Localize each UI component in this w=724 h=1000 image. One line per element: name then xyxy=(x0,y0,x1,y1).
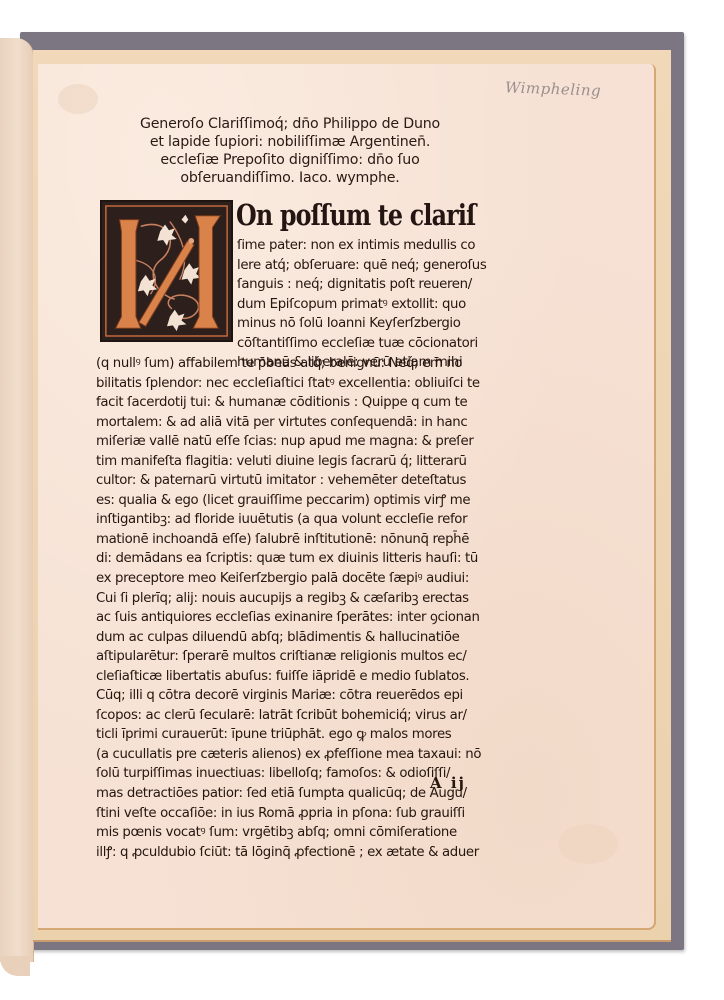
text-line: ſcopos: ac clerū ſecularē: latrāt ſcribū… xyxy=(96,706,486,726)
pencil-annotation: Wimpheling xyxy=(505,78,602,99)
text-line: cōſtantiſſimo eccleſiæ tuæ cōcionatori xyxy=(237,334,485,354)
text-line: cultor: & paternarū virtutū imitator : v… xyxy=(96,471,486,491)
text-line: cleſiaſticæ libertatis abuſus: fuiſſe iā… xyxy=(96,667,486,687)
text-line: (q nullꝰ ſum) affabilem te p̄beas atq́; … xyxy=(96,354,486,374)
text-line: (a cucullatis pre cæteris alienos) ex ꝓf… xyxy=(96,745,486,765)
dedication-heading: Generoſo Clariſſimoq́; dn̄o Philippo de … xyxy=(100,115,480,187)
text-line: mis pœnis vocatꝰ ſum: vrgētibꝫ abſq; omn… xyxy=(96,823,486,843)
dedication-line: eccleſiæ Prepoſito digniſſimo: dn̄o ſuo xyxy=(100,151,480,169)
text-line: lere atq́; obſeruare: quē neq́; generoſu… xyxy=(237,256,485,276)
text-line: aſtipularētur: ſperarē multos criſtianæ … xyxy=(96,647,486,667)
text-line: bilitatis ſplendor: nec eccleſiaſtici ſt… xyxy=(96,374,486,394)
text-line: Cūq; illi q cōtra decorē virginis Mariæ:… xyxy=(96,686,486,706)
text-line: ſime pater: non ex intimis medullis co xyxy=(237,236,485,256)
text-line: minus nō ſolū Ioanni Keyſerſzbergio xyxy=(237,314,485,334)
text-line: Cui ſi plerīq; alij: nouis aucupijs a re… xyxy=(96,589,486,609)
text-line: mortalem: & ad aliā vitā per virtutes co… xyxy=(96,413,486,433)
text-column-beside-initial: ſime pater: non ex intimis medullis co l… xyxy=(237,236,485,373)
text-line: inſtigantibꝫ: ad floride iuuētutis (a qu… xyxy=(96,510,486,530)
signature-mark: A ij xyxy=(430,774,466,792)
text-line: ac ſuis antiquiores eccleſias exinanire … xyxy=(96,608,486,628)
dedication-line: obſeruandiſſimo. Iaco. wymphe. xyxy=(100,169,480,187)
text-line: ſanguis : neq́; dignitatis poſt reueren/ xyxy=(237,275,485,295)
text-line: di: demādans ea ſcriptis: quæ tum ex diu… xyxy=(96,549,486,569)
text-line: ex preceptore meo Keiſerſzbergio palā do… xyxy=(96,569,486,589)
text-line: mationē inchoandā eſſe) ſalubrē inſtitut… xyxy=(96,530,486,550)
text-line: ſtini veſte occaſiōe: in ius Romā ꝓpria … xyxy=(96,804,486,824)
text-line: facit ſacerdotij tui: & humanæ cōditioni… xyxy=(96,393,486,413)
text-line: miſeriæ vallē natū eſſe ſcias: nup apud … xyxy=(96,432,486,452)
text-line: illꝭ: q ꝓculdubio ſciūt: tā lōginq̄ ꝓfec… xyxy=(96,843,486,863)
text-line: dum Epiſcopum primatꝰ extollit: quo xyxy=(237,295,485,315)
dedication-line: et lapide ſupiori: nobiliſſimæ Argentine… xyxy=(100,133,480,151)
dedication-line: Generoſo Clariſſimoq́; dn̄o Philippo de … xyxy=(100,115,480,133)
text-line: ticli īprimi curauerūt: īpune triūphāt. … xyxy=(96,725,486,745)
text-line: dum ac culpas diluendū abſq; blādimentis… xyxy=(96,628,486,648)
text-line: mas detractiōes patior: ſed etiā ſumpta … xyxy=(96,784,486,804)
text-line: es: qualia & ego (licet grauiſſime pecca… xyxy=(96,491,486,511)
text-column-full: (q nullꝰ ſum) affabilem te p̄beas atq́; … xyxy=(96,354,486,862)
text-line: tim manifeſta flagitia: veluti diuine le… xyxy=(96,452,486,472)
text-line: ſolū turpiſſimas inuectiuas: libelloſq; … xyxy=(96,764,486,784)
floriated-initial-icon xyxy=(102,202,231,340)
left-facing-page-edge xyxy=(0,38,34,962)
woodcut-initial-n xyxy=(100,200,233,342)
opening-words: On poſſum te clariſ xyxy=(236,197,441,233)
